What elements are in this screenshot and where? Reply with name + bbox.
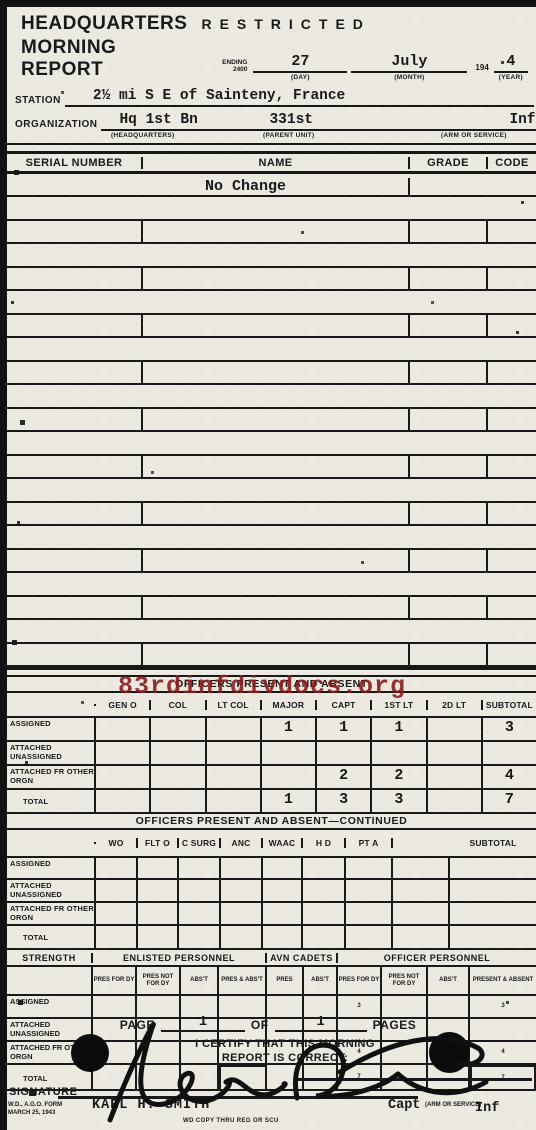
roster-empty-row bbox=[7, 456, 536, 479]
roster-empty-unit bbox=[7, 432, 536, 479]
table-cell bbox=[450, 903, 536, 924]
strength-group-header: STRENGTH ENLISTED PERSONNEL AVN CADETS O… bbox=[7, 950, 536, 967]
table-cell bbox=[263, 880, 303, 901]
form-id-line1: W.D., A.G.O. FORM bbox=[8, 1102, 62, 1108]
officers-col-capt: CAPT bbox=[317, 700, 372, 710]
table-cell bbox=[96, 903, 138, 924]
table-cell bbox=[221, 858, 263, 878]
table-cell bbox=[151, 790, 206, 812]
month-value: July bbox=[351, 53, 467, 73]
table-cell: 3 bbox=[372, 790, 427, 812]
row-label: ASSIGNED bbox=[7, 718, 96, 740]
roster-cell-code bbox=[488, 456, 536, 477]
roster-rule-line bbox=[7, 244, 536, 268]
officers-row-attached-unassigned: ATTACHED UNASSIGNED bbox=[7, 742, 536, 766]
col-waac: WAAC bbox=[263, 838, 303, 848]
roster-rule-line bbox=[7, 338, 536, 362]
row-label: ATTACHED UNASSIGNED bbox=[7, 742, 96, 764]
organization-block: ORGANIZATION Hq 1st Bn 331st Inf (HEADQU… bbox=[7, 112, 536, 139]
roster-cell-name bbox=[143, 644, 410, 665]
group-officer-personnel: OFFICER PERSONNEL bbox=[338, 953, 536, 963]
table-cell bbox=[151, 742, 206, 764]
col-subtotal: SUBTOTAL bbox=[450, 838, 536, 848]
table-cell: 7 bbox=[483, 790, 536, 812]
officers-col-2d-lt: 2D LT bbox=[428, 700, 483, 710]
table-cell bbox=[138, 926, 179, 948]
table-cell bbox=[138, 858, 179, 878]
table-cell bbox=[179, 880, 221, 901]
roster-cell-serial bbox=[7, 315, 143, 336]
table-cell bbox=[450, 858, 536, 878]
row-label: TOTAL bbox=[7, 790, 96, 812]
row-label: TOTAL bbox=[7, 926, 96, 948]
roster-cell-name bbox=[143, 268, 410, 289]
roster-cell-code bbox=[488, 597, 536, 618]
roster-cell-name bbox=[143, 409, 410, 430]
roster-rule-line bbox=[7, 197, 536, 221]
col-h-d: H D bbox=[303, 838, 346, 848]
day-value: 27 bbox=[253, 53, 347, 73]
table-cell bbox=[303, 858, 346, 878]
strength-subheader-blank bbox=[7, 967, 93, 994]
table-cell bbox=[303, 903, 346, 924]
officers-header-blank bbox=[7, 704, 96, 706]
roster-cell-grade bbox=[410, 550, 488, 571]
strength-title: STRENGTH bbox=[7, 953, 93, 963]
table-cell bbox=[207, 718, 262, 740]
officers-col-gen-o: GEN O bbox=[96, 700, 151, 710]
officers-col-1st-lt: 1ST LT bbox=[372, 700, 427, 710]
officers-continued-row-total: TOTAL bbox=[7, 926, 536, 950]
roster-cell-code bbox=[488, 268, 536, 289]
col-abst: ABS'T bbox=[304, 967, 338, 994]
form-id-print: W.D., A.G.O. FORM MARCH 25, 1943 bbox=[8, 1102, 62, 1118]
table-cell bbox=[179, 858, 221, 878]
table-cell bbox=[372, 742, 427, 764]
table-cell: 4 bbox=[483, 766, 536, 788]
roster-empty-rows bbox=[7, 197, 536, 667]
table-cell bbox=[346, 903, 393, 924]
organization-unit-caption: (HEADQUARTERS) bbox=[111, 132, 263, 139]
roster-empty-row bbox=[7, 221, 536, 244]
col-flt-o: FLT O bbox=[138, 838, 179, 848]
officers-row-total: TOTAL 1 3 3 7 bbox=[7, 790, 536, 814]
table-cell bbox=[263, 903, 303, 924]
officers-continued-row-assigned: ASSIGNED bbox=[7, 858, 536, 880]
roster-rule-line bbox=[7, 526, 536, 550]
roster-cell-grade bbox=[410, 503, 488, 524]
organization-label: ORGANIZATION bbox=[15, 119, 97, 131]
roster-rule-line bbox=[7, 573, 536, 597]
col-c-surg: C SURG bbox=[179, 838, 221, 848]
table-cell bbox=[151, 718, 206, 740]
roster-rule-line bbox=[7, 291, 536, 315]
roster-empty-unit bbox=[7, 338, 536, 385]
roster-cell-serial bbox=[7, 550, 143, 571]
table-cell bbox=[393, 926, 450, 948]
organization-arm: Inf bbox=[429, 112, 535, 129]
table-cell bbox=[96, 790, 151, 812]
scan-noise bbox=[2, 2, 3, 3]
row-label: ATTACHED UNASSIGNED bbox=[7, 880, 96, 901]
table-cell: 1 bbox=[262, 718, 317, 740]
table-cell bbox=[346, 858, 393, 878]
roster-empty-unit bbox=[7, 291, 536, 338]
year-value: 4 bbox=[494, 53, 528, 73]
form-title-headquarters: HEADQUARTERS bbox=[21, 13, 187, 35]
table-cell: 3 bbox=[317, 790, 372, 812]
table-cell bbox=[428, 766, 483, 788]
table-cell: 1 bbox=[262, 790, 317, 812]
roster-empty-unit bbox=[7, 244, 536, 291]
roster-empty-unit bbox=[7, 526, 536, 573]
roster-cell-code bbox=[488, 221, 536, 242]
officers-col-major: MAJOR bbox=[262, 700, 317, 710]
table-cell bbox=[207, 742, 262, 764]
col-pres-for-dy: PRES FOR DY bbox=[93, 967, 137, 994]
station-line: 2½ mi S E of Sainteny, France bbox=[65, 88, 534, 107]
officers-row-assigned: ASSIGNED 1 1 1 3 bbox=[7, 718, 536, 742]
roster-cell-name bbox=[143, 456, 410, 477]
table-cell bbox=[303, 880, 346, 901]
table-cell: 1 bbox=[372, 718, 427, 740]
officers-continued-title: OFFICERS PRESENT AND ABSENT—CONTINUED bbox=[7, 814, 536, 830]
organization-arm-caption: (ARM OR SERVICE) bbox=[441, 132, 507, 139]
roster-cell-serial bbox=[7, 456, 143, 477]
roster-cell-code bbox=[488, 315, 536, 336]
roster-header-name: NAME bbox=[143, 157, 410, 169]
table-cell bbox=[450, 926, 536, 948]
organization-unit: Hq 1st Bn bbox=[101, 112, 269, 129]
col-pres-not-for-dy: PRES NOT FOR DY bbox=[137, 967, 181, 994]
table-cell bbox=[96, 766, 151, 788]
roster-header-serial: SERIAL NUMBER bbox=[7, 157, 143, 169]
roster-empty-unit bbox=[7, 573, 536, 620]
col-wo: WO bbox=[96, 838, 138, 848]
station-label: STATION bbox=[15, 95, 61, 107]
roster-cell-serial bbox=[7, 221, 143, 242]
roster-empty-unit bbox=[7, 479, 536, 526]
year-prefix: 194 bbox=[475, 63, 488, 72]
roster-cell-name bbox=[143, 362, 410, 383]
strength-subheader-row: PRES FOR DY PRES NOT FOR DY ABS'T PRES &… bbox=[7, 967, 536, 996]
roster-cell-grade bbox=[410, 362, 488, 383]
roster-empty-row bbox=[7, 315, 536, 338]
roster-empty-row bbox=[7, 268, 536, 291]
day-caption: (DAY) bbox=[291, 74, 310, 81]
roster-cell-code bbox=[488, 503, 536, 524]
officers-col-col: COL bbox=[151, 700, 206, 710]
table-cell bbox=[393, 858, 450, 878]
roster-empty-row bbox=[7, 362, 536, 385]
officers-continued-row-attached-fr-other: ATTACHED FR OTHER ORGN bbox=[7, 903, 536, 926]
table-cell bbox=[179, 926, 221, 948]
roster-cell-grade bbox=[410, 597, 488, 618]
roster-cell-grade bbox=[410, 221, 488, 242]
table-cell bbox=[317, 742, 372, 764]
table-cell bbox=[483, 742, 536, 764]
date-month: July (MONTH) bbox=[351, 53, 467, 81]
roster-header-grade: GRADE bbox=[410, 157, 488, 169]
officers-continued-header-row: WO FLT O C SURG ANC WAAC H D PT A SUBTOT… bbox=[7, 830, 536, 858]
row-label: ATTACHED FR OTHER ORGN bbox=[7, 766, 96, 788]
col-pres-for-dy: PRES FOR DY bbox=[338, 967, 382, 994]
roster-cell-code bbox=[488, 409, 536, 430]
row-label: ASSIGNED bbox=[7, 858, 96, 878]
ending-label: ENDING2400 bbox=[222, 59, 247, 73]
scan-edge-top bbox=[0, 0, 536, 7]
date-day: 27 (DAY) bbox=[253, 53, 347, 81]
table-cell: 2 bbox=[317, 766, 372, 788]
roster-cell-serial bbox=[7, 644, 143, 665]
table-cell bbox=[346, 926, 393, 948]
roster-empty-unit bbox=[7, 385, 536, 432]
table-cell bbox=[221, 880, 263, 901]
organization-parent-caption: (PARENT UNIT) bbox=[263, 132, 441, 139]
roster-rule-line bbox=[7, 620, 536, 644]
roster-cell-grade bbox=[410, 315, 488, 336]
station-value: 2½ mi S E of Sainteny, France bbox=[65, 88, 345, 105]
roster-cell-name bbox=[143, 550, 410, 571]
table-cell bbox=[96, 858, 138, 878]
roster-empty-row bbox=[7, 597, 536, 620]
roster-cell-grade bbox=[410, 456, 488, 477]
roster-cell-name bbox=[143, 221, 410, 242]
table-cell: 3 bbox=[483, 718, 536, 740]
table-cell bbox=[96, 742, 151, 764]
classification-stamp: RESTRICTED bbox=[201, 16, 370, 32]
table-cell bbox=[393, 880, 450, 901]
officers-row-attached-fr-other: ATTACHED FR OTHER ORGN 2 2 4 bbox=[7, 766, 536, 790]
table-cell bbox=[263, 926, 303, 948]
table-cell bbox=[263, 858, 303, 878]
station-block: STATION 2½ mi S E of Sainteny, France bbox=[7, 88, 536, 107]
roster-rule-line bbox=[7, 432, 536, 456]
table-cell bbox=[346, 880, 393, 901]
organization-line: Hq 1st Bn 331st Inf bbox=[101, 112, 535, 131]
roster-cell-name bbox=[143, 503, 410, 524]
roster-empty-row bbox=[7, 503, 536, 526]
roster-header-row: SERIAL NUMBER NAME GRADE CODE bbox=[7, 154, 536, 174]
table-cell bbox=[179, 903, 221, 924]
watermark: 83rdinfdivdocs.org bbox=[118, 672, 406, 701]
col-anc: ANC bbox=[221, 838, 263, 848]
col-abst: ABS'T bbox=[428, 967, 470, 994]
table-cell bbox=[393, 903, 450, 924]
roster-header-code: CODE bbox=[488, 157, 536, 169]
table-cell bbox=[221, 926, 263, 948]
roster-cell-grade bbox=[410, 268, 488, 289]
roster-cell-serial bbox=[7, 268, 143, 289]
roster-empty-row bbox=[7, 409, 536, 432]
table-cell bbox=[450, 880, 536, 901]
roster-cell-code bbox=[488, 550, 536, 571]
roster-empty-row bbox=[7, 644, 536, 667]
table-cell bbox=[428, 718, 483, 740]
col-present-and-absent: PRESENT & ABSENT bbox=[470, 967, 536, 994]
col-pt-a: PT A bbox=[346, 838, 393, 848]
table-cell bbox=[96, 880, 138, 901]
roster-rule-line bbox=[7, 385, 536, 409]
form-id-line2: MARCH 25, 1943 bbox=[8, 1110, 55, 1116]
roster-cell-name bbox=[143, 315, 410, 336]
table-cell bbox=[138, 880, 179, 901]
table-cell bbox=[303, 926, 346, 948]
roster-cell-name bbox=[143, 597, 410, 618]
table-cell bbox=[207, 790, 262, 812]
group-avn-cadets: AVN CADETS bbox=[267, 953, 338, 963]
month-caption: (MONTH) bbox=[394, 74, 424, 81]
table-cell bbox=[221, 903, 263, 924]
table-cell bbox=[262, 766, 317, 788]
table-cell bbox=[151, 766, 206, 788]
roster-empty-unit bbox=[7, 197, 536, 244]
col-pres-not-for-dy: PRES NOT FOR DY bbox=[382, 967, 428, 994]
roster-empty-row bbox=[7, 550, 536, 573]
form-title-morning-report: MORNING REPORT bbox=[21, 37, 196, 81]
roster-cell-serial bbox=[7, 409, 143, 430]
officers-col-lt-col: LT COL bbox=[207, 700, 262, 710]
table-cell bbox=[96, 718, 151, 740]
table-cell: 2 bbox=[372, 766, 427, 788]
col-pres: PRES bbox=[267, 967, 304, 994]
table-cell bbox=[207, 766, 262, 788]
table-cell bbox=[138, 903, 179, 924]
roster-empty-unit bbox=[7, 620, 536, 667]
handwritten-signature bbox=[92, 1002, 502, 1127]
col-pres-and-abst: PRES & ABS'T bbox=[219, 967, 267, 994]
scan-edge-left bbox=[0, 0, 7, 1130]
organization-parent: 331st bbox=[269, 112, 429, 129]
col-abst: ABS'T bbox=[181, 967, 219, 994]
roster-cell-code bbox=[488, 362, 536, 383]
table-cell bbox=[96, 926, 138, 948]
roster-cell-serial bbox=[7, 597, 143, 618]
table-cell: 1 bbox=[317, 718, 372, 740]
roster-cell-serial bbox=[7, 503, 143, 524]
divider-rule bbox=[7, 143, 536, 154]
roster-entry-value: No Change bbox=[143, 178, 410, 195]
roster-cell-code bbox=[488, 644, 536, 665]
year-caption: (YEAR) bbox=[499, 74, 523, 81]
morning-report-document: HEADQUARTERS RESTRICTED MORNING REPORT E… bbox=[0, 0, 536, 1130]
table-cell bbox=[262, 742, 317, 764]
date-year: 4 (YEAR) bbox=[492, 53, 530, 81]
roster-cell-grade bbox=[410, 644, 488, 665]
form-header: HEADQUARTERS RESTRICTED MORNING REPORT E… bbox=[7, 7, 536, 81]
roster-cell-grade bbox=[410, 409, 488, 430]
officers-continued-row-attached-unassigned: ATTACHED UNASSIGNED bbox=[7, 880, 536, 903]
roster-rule-line bbox=[7, 479, 536, 503]
officers-continued-header-blank bbox=[7, 842, 96, 844]
roster-row-no-change: No Change bbox=[7, 174, 536, 197]
roster-cell-serial bbox=[7, 362, 143, 383]
officers-col-subtotal: SUBTOTAL bbox=[483, 700, 536, 710]
group-enlisted-personnel: ENLISTED PERSONNEL bbox=[93, 953, 267, 963]
table-cell bbox=[428, 742, 483, 764]
table-cell bbox=[428, 790, 483, 812]
row-label: ATTACHED FR OTHER ORGN bbox=[7, 903, 96, 924]
